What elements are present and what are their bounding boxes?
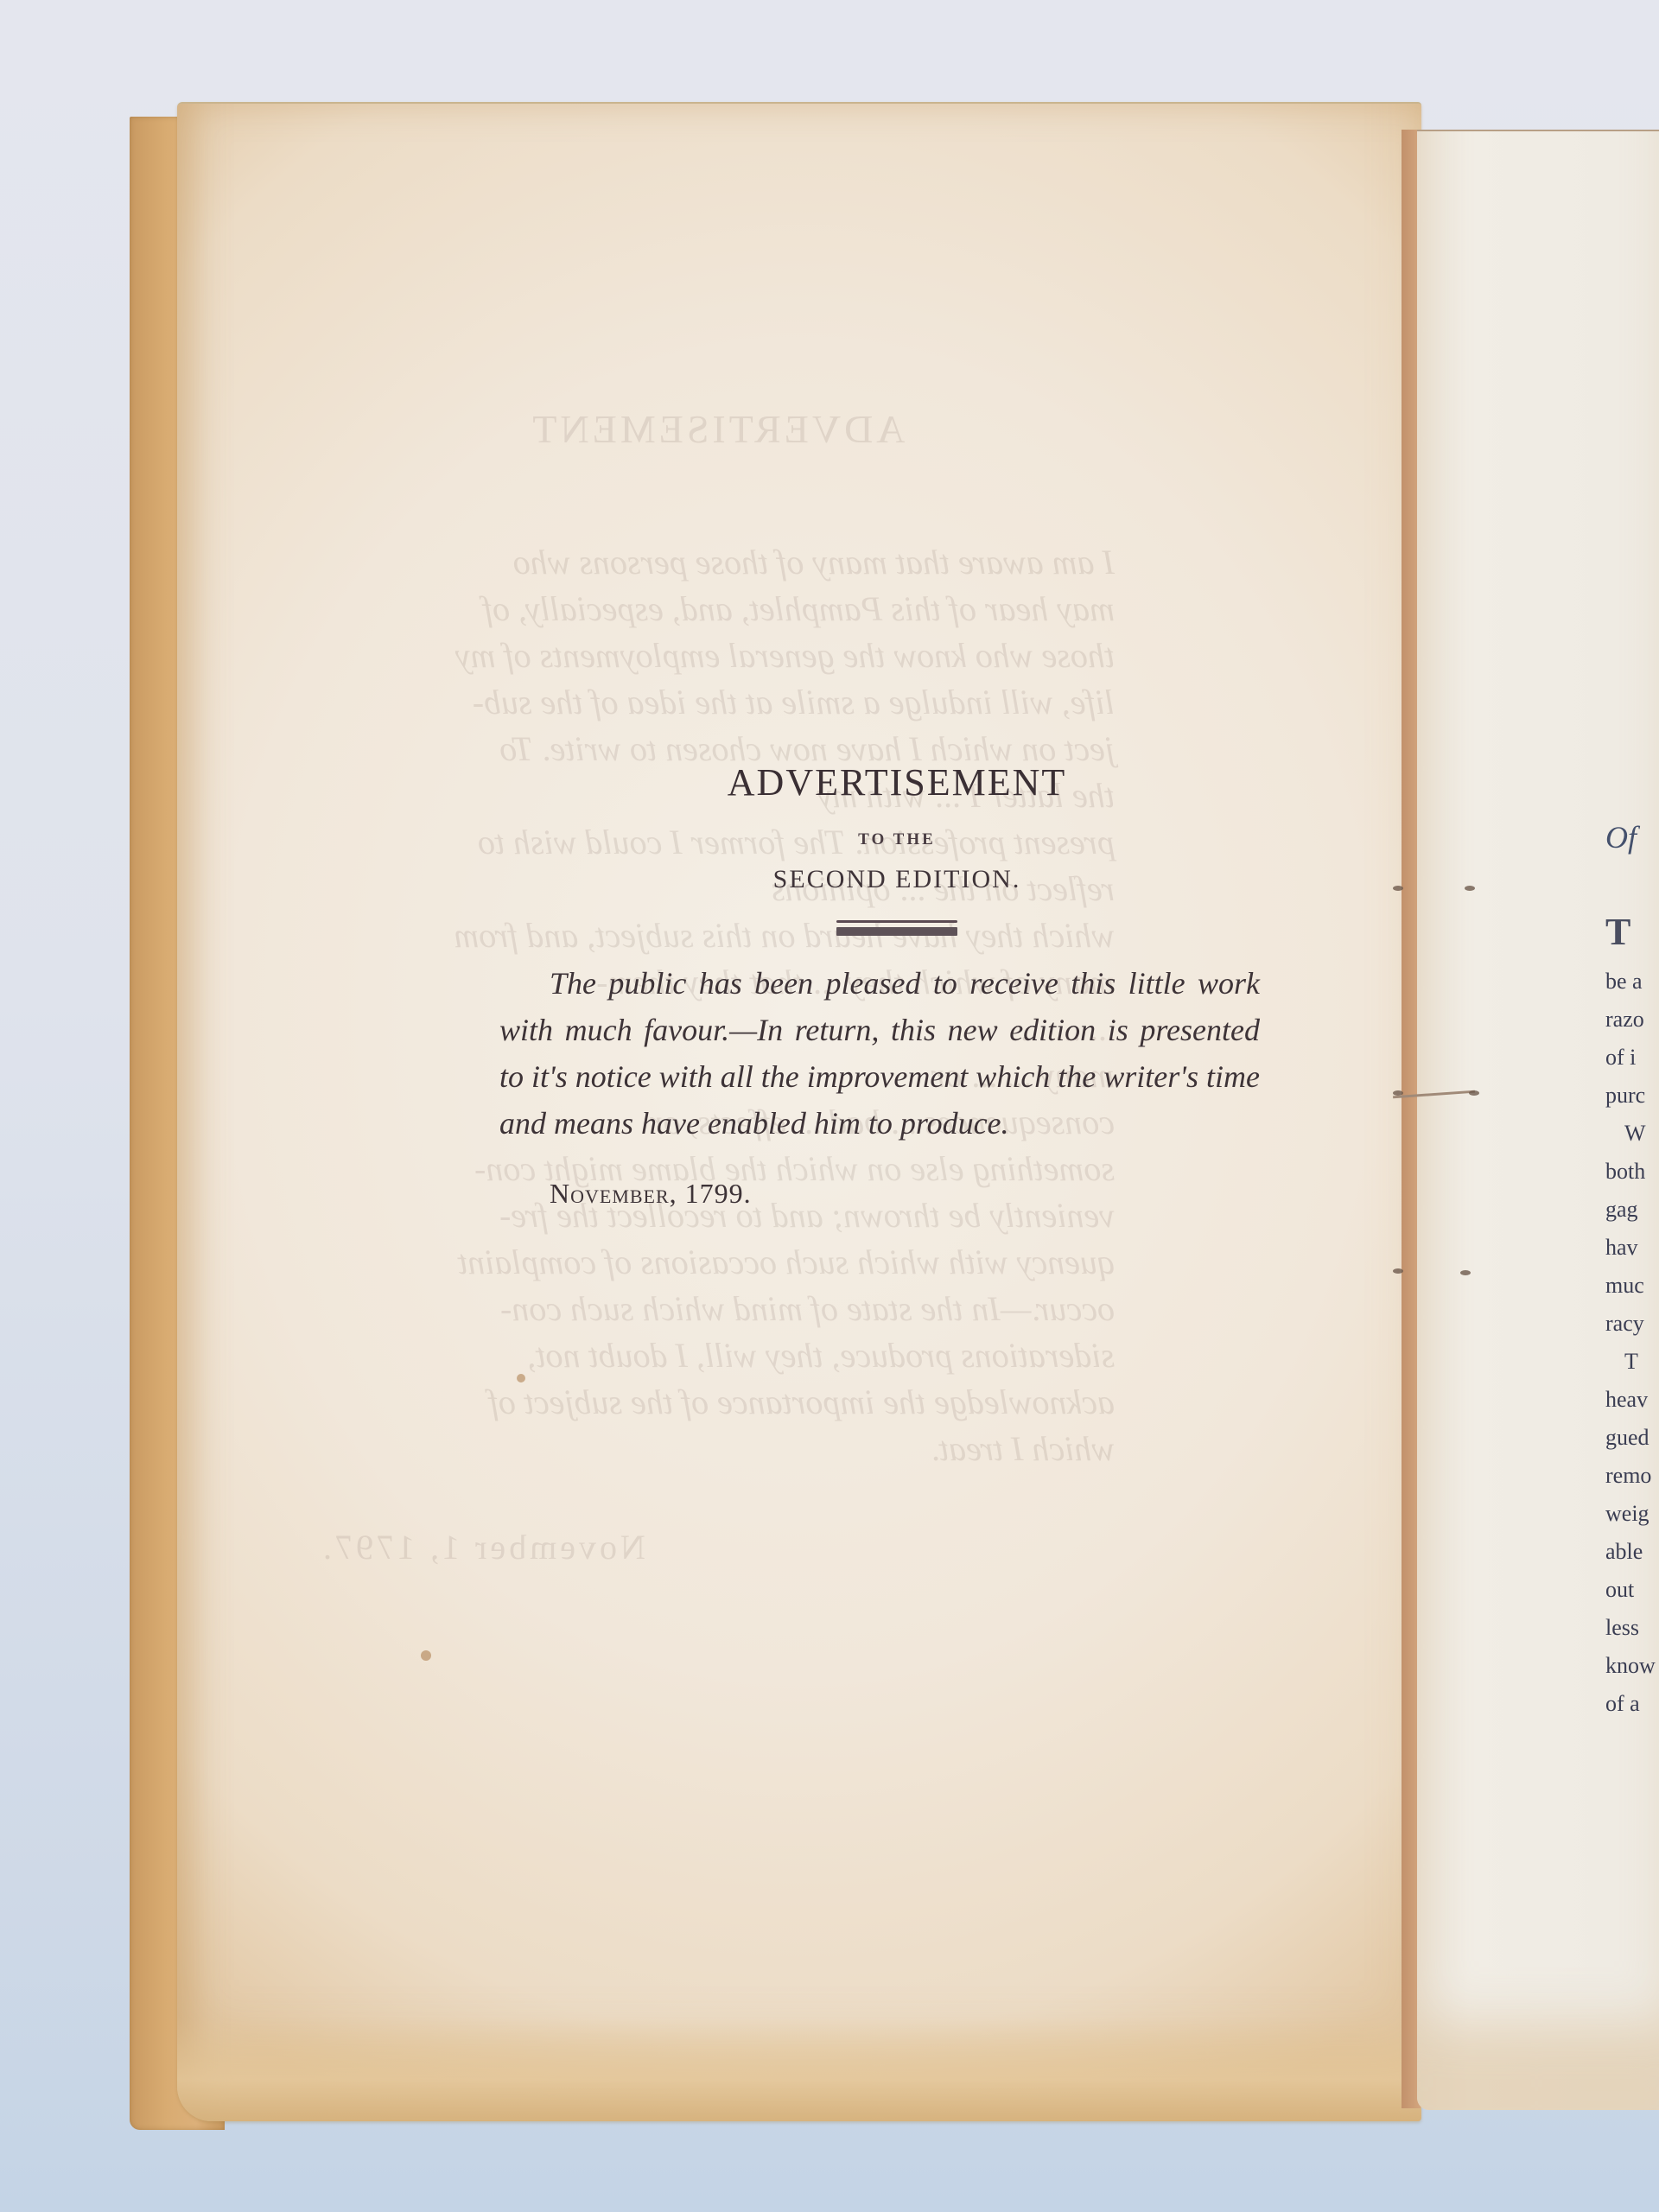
text-fragment: less [1605, 1609, 1656, 1647]
text-fragment: out [1605, 1571, 1656, 1609]
foxing-spot [517, 1374, 525, 1382]
text-fragment: remo [1605, 1457, 1656, 1495]
text-fragment: T [1605, 1343, 1656, 1381]
text-fragment: both [1605, 1153, 1656, 1191]
right-lines: be a razo of i purc W both gag hav muc r… [1605, 963, 1656, 1723]
right-page: Of T be a razo of i purc W both gag hav … [1417, 130, 1659, 2110]
text-fragment: hav [1605, 1229, 1656, 1267]
text-fragment: be a [1605, 963, 1656, 1001]
text-fragment: muc [1605, 1267, 1656, 1305]
text-fragment: gag [1605, 1191, 1656, 1229]
page-stain [177, 2018, 1421, 2121]
binding-hole [1393, 886, 1403, 891]
page-title: ADVERTISEMENT [499, 760, 1260, 804]
binding-hole [1469, 1090, 1479, 1096]
subtitle-small: TO THE [499, 830, 1260, 849]
text-fragment: racy [1605, 1305, 1656, 1343]
text-fragment: weig [1605, 1495, 1656, 1533]
advertisement-block: ADVERTISEMENT TO THE SECOND EDITION. The… [499, 760, 1260, 1210]
binding-hole [1460, 1270, 1471, 1275]
body-text: The public has been pleased to receive t… [499, 966, 1260, 1141]
text-fragment: gued [1605, 1419, 1656, 1457]
dropcap-fragment: T [1605, 913, 1632, 951]
text-fragment: able [1605, 1533, 1656, 1571]
binding-hole [1465, 886, 1475, 891]
text-fragment: heav [1605, 1381, 1656, 1419]
right-heading-fragment: Of [1605, 818, 1637, 856]
text-fragment: razo [1605, 1001, 1656, 1039]
text-fragment: of a [1605, 1685, 1656, 1723]
foxing-spot [421, 1650, 431, 1661]
body-paragraph: The public has been pleased to receive t… [499, 960, 1260, 1147]
text-fragment: W [1605, 1115, 1656, 1153]
binding-hole [1393, 1268, 1403, 1274]
text-fragment: of i [1605, 1039, 1656, 1077]
subtitle-edition: SECOND EDITION. [499, 865, 1260, 894]
date-line: November, 1799. [499, 1178, 1260, 1210]
text-fragment: know [1605, 1647, 1656, 1685]
text-fragment: purc [1605, 1077, 1656, 1115]
ornamental-rule [802, 920, 957, 936]
